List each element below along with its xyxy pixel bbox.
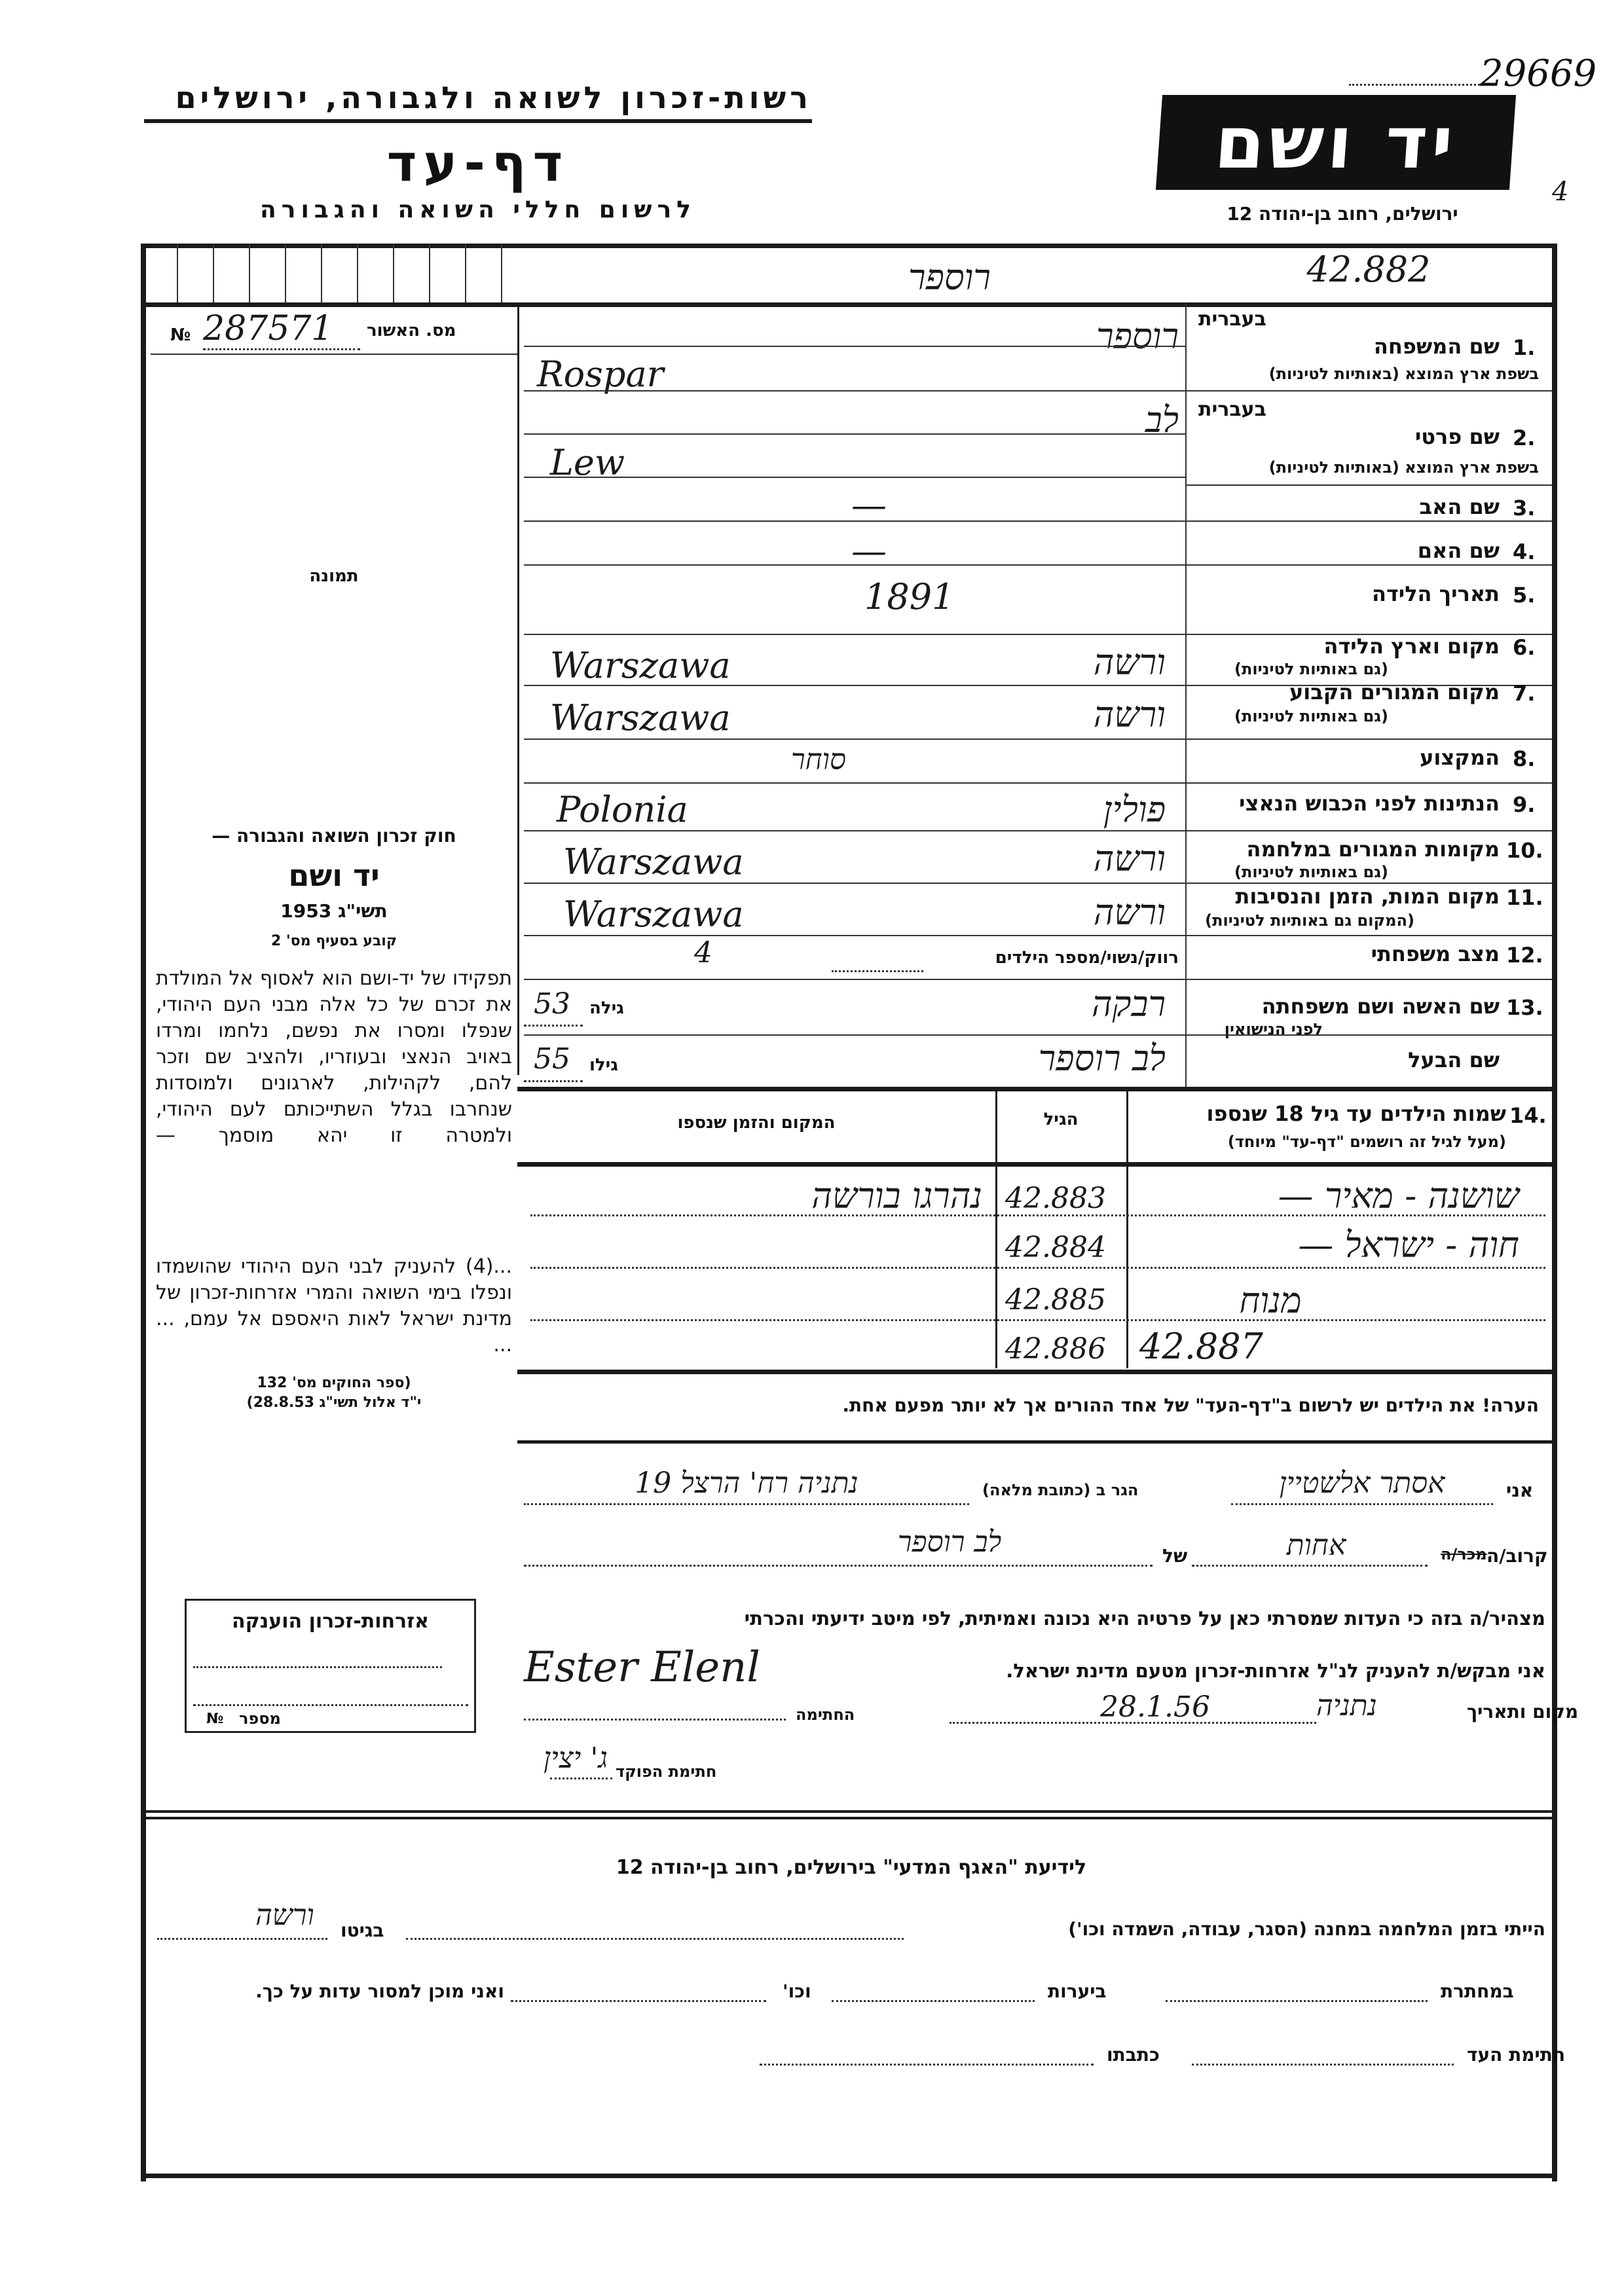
law-year: תשי"ג 1953 <box>151 900 517 922</box>
declarant-address[interactable]: נתניה רח' הרצל 19 <box>524 1467 969 1500</box>
law-citation-1: (ספר החוקים מס' 132 <box>151 1375 517 1391</box>
field-12-options: רווק/נשוי/מספר הילדים <box>930 948 1179 968</box>
field-9-number: 9. <box>1513 792 1535 817</box>
row-divider <box>524 433 1185 435</box>
witness-signature-label: חתימת העד <box>1467 2044 1565 2066</box>
row-divider <box>524 782 1552 784</box>
field-5-label: תאריך הלידה <box>1218 581 1500 606</box>
child-1-name[interactable]: שושנה - מאיר — <box>1139 1175 1519 1216</box>
field-11-sub: (המקום גם באותיות לטיניות) <box>1192 911 1414 930</box>
forests-underline <box>832 2000 1035 2002</box>
field-6-number: 6. <box>1513 635 1535 660</box>
witness-signature-underline <box>1192 2064 1454 2066</box>
field-1-hebrew-sub: בעברית <box>1198 308 1266 331</box>
child-4-age[interactable]: 42.886 <box>1005 1332 1106 1366</box>
ghetto-underline <box>157 1938 327 1940</box>
relative-label: קרוב/ה <box>1486 1545 1548 1567</box>
field-9-hebrew-value[interactable]: פולין <box>917 789 1166 830</box>
field-2-number: 2. <box>1513 426 1535 450</box>
declarant-address-underline <box>524 1503 969 1505</box>
children-col-divider <box>995 1087 997 1368</box>
research-divider <box>141 1817 1557 1819</box>
field-8-number: 8. <box>1513 746 1535 771</box>
wife-age-value[interactable]: 53 <box>534 987 570 1021</box>
etc-underline <box>511 2000 766 2002</box>
field-1-latin-value[interactable]: Rospar <box>537 354 663 395</box>
row-divider <box>1185 390 1552 392</box>
field-13-number: 13. <box>1506 995 1543 1020</box>
law-paragraph-1: תפקידו של יד-ושם הוא לאסוף אל המולדת את … <box>156 966 512 1149</box>
child-2-name[interactable]: חוה - ישראל — <box>1139 1224 1519 1266</box>
field-3-value[interactable]: — <box>851 484 887 526</box>
archive-number: 29669 <box>1480 52 1596 95</box>
grid-line <box>501 244 502 302</box>
field-8-label: המקצוע <box>1218 745 1500 770</box>
row-divider <box>1185 484 1552 486</box>
grid-line <box>465 244 466 302</box>
field-10-latin-value[interactable]: Warszawa <box>563 841 744 883</box>
field-11-label: מקום המות, הזמן והנסיבות <box>1198 884 1500 909</box>
field-8-value[interactable]: סוחר <box>655 743 982 776</box>
husband-age-value[interactable]: 55 <box>534 1042 570 1076</box>
forests-label: ביערות <box>1048 1980 1107 2002</box>
grid-line <box>285 244 286 302</box>
children-number: 14. <box>1509 1103 1547 1128</box>
children-title: שמות הילדים עד גיל 18 שנספו <box>1133 1101 1506 1126</box>
official-signature-label: חתימת הפוקד <box>616 1762 716 1781</box>
field-7-number: 7. <box>1513 681 1535 706</box>
witness-address-label: כתבתו <box>1107 2044 1160 2066</box>
underground-underline <box>1166 2000 1428 2002</box>
field-10-sub: (גם באותיות לטיניות) <box>1192 863 1388 881</box>
field-11-latin-value[interactable]: Warszawa <box>563 894 744 935</box>
field-4-label: שם האם <box>1218 538 1500 563</box>
yad-vashem-logo: יד ושם <box>1156 95 1516 190</box>
etc-label: וכו' <box>783 1980 811 2002</box>
field-6-latin-value[interactable]: Warszawa <box>550 645 731 686</box>
top-hebrew-name: רוספר <box>819 257 1080 298</box>
declaration-prefix: אני <box>1506 1480 1533 1501</box>
children-header-divider <box>517 1162 1557 1167</box>
corner-mark: 4 <box>1552 177 1568 207</box>
field-12-underline <box>832 970 923 972</box>
citizenship-line <box>193 1704 468 1706</box>
field-7-hebrew-value[interactable]: ורשה <box>917 694 1166 735</box>
wife-age-label: גילה <box>589 998 624 1018</box>
field-5-number: 5. <box>1513 583 1535 608</box>
frame-left <box>141 244 146 2181</box>
address: ירושלים, רחוב בן-יהודה 12 <box>1166 203 1519 225</box>
receipt-number-symbol: № <box>170 325 191 345</box>
children-note: הערה! את הילדים יש לרשום ב"דף-העד" של אח… <box>530 1394 1539 1416</box>
of-label: של <box>1162 1545 1187 1567</box>
row-divider <box>524 830 1552 831</box>
official-underline <box>550 1777 612 1779</box>
field-9-label: הנתינות לפני הכבוש הנאצי <box>1211 791 1500 816</box>
ghetto-label: בגיטו <box>341 1920 384 1941</box>
declarant-signature[interactable]: Ester Elenl <box>524 1643 760 1692</box>
child-3-age[interactable]: 42.885 <box>1005 1283 1106 1317</box>
field-1-hebrew-value[interactable]: רוספר <box>917 316 1179 357</box>
row-divider <box>524 346 1185 347</box>
children-col-divider <box>1126 1087 1128 1368</box>
underground-label: במחתרת <box>1441 1980 1514 2002</box>
field-1-latin-sub: בשפת ארץ המוצא (באותיות לטיניות) <box>1192 365 1539 383</box>
of-value[interactable]: לב רוספר <box>753 1525 1146 1559</box>
org-name: רשות-זכרון לשואה ולגבורה, ירושלים <box>144 80 812 115</box>
field-7-sub: (גם באותיות לטיניות) <box>1192 707 1388 725</box>
row-divider <box>141 302 1557 307</box>
camp-underline <box>406 1938 904 1940</box>
field-1-label: שם המשפחה <box>1218 334 1500 359</box>
declaration-statement-2: אני מבקש/ת להעניק לנ"ל אזרחות-זכרון מטעם… <box>819 1660 1545 1682</box>
field-2-label: שם פרטי <box>1218 424 1500 449</box>
declarant-name[interactable]: אסתר אלשטיין <box>1231 1467 1493 1500</box>
husband-age-underline <box>524 1080 583 1082</box>
row-divider <box>524 390 1185 392</box>
relation-underline <box>1192 1565 1428 1567</box>
top-record-number: 42.882 <box>1231 249 1506 290</box>
row-divider <box>524 564 1552 566</box>
field-12-number: 12. <box>1506 943 1543 968</box>
field-6-sub: (גם באותיות לטיניות) <box>1192 660 1388 678</box>
child-2-age[interactable]: 42.884 <box>1005 1231 1106 1264</box>
field-7-latin-value[interactable]: Warszawa <box>550 697 731 738</box>
wife-age-underline <box>524 1025 583 1027</box>
row-divider <box>524 935 1552 936</box>
field-13-label: שם האשה ושם משפחתה <box>1198 994 1500 1019</box>
citizenship-number-label: מספר <box>239 1709 281 1728</box>
form-title: דף-עד <box>144 134 812 193</box>
signature-label: החתימה <box>796 1705 855 1724</box>
child-4-name[interactable]: 42.887 <box>1139 1326 1263 1367</box>
child-row-divider <box>530 1214 1545 1216</box>
citizenship-title: אזרחות-זכרון הוענקה <box>187 1610 474 1633</box>
note-divider <box>517 1440 1557 1444</box>
of-underline <box>524 1565 1153 1567</box>
left-column-divider <box>517 302 519 1075</box>
grid-line <box>357 244 358 302</box>
children-col-place: המקום והזמן שנספו <box>524 1113 989 1133</box>
husband-name-value[interactable]: לב רוספר <box>851 1038 1166 1079</box>
field-1-number: 1. <box>1513 335 1535 360</box>
field-3-label: שם האב <box>1218 494 1500 519</box>
declarant-name-underline <box>1231 1503 1493 1505</box>
receipt-label: מס. האשור <box>367 321 456 340</box>
signature-underline <box>524 1719 786 1721</box>
field-2-hebrew-sub: בעברית <box>1198 398 1266 421</box>
children-col-age: הגיל <box>1002 1110 1120 1129</box>
field-10-hebrew-value[interactable]: ורשה <box>917 838 1166 879</box>
row-divider <box>517 1087 1557 1091</box>
header-divider <box>144 119 812 123</box>
official-signature[interactable]: ג' יצין <box>544 1741 608 1775</box>
field-10-label: מקומות המגורים במלחמה <box>1205 837 1500 862</box>
field-5-value[interactable]: 1891 <box>864 576 954 617</box>
form-subtitle: לרשום חללי השואה והגבורה <box>144 196 812 223</box>
photo-label: תמונה <box>151 566 517 586</box>
place-date-underline <box>950 1722 1316 1724</box>
camp-label: הייתי בזמן המלחמה במחנה (הסגר, עבודה, הש… <box>917 1918 1545 1940</box>
row-divider <box>524 1034 1552 1036</box>
citizenship-number-symbol: № <box>206 1711 223 1727</box>
child-1-age[interactable]: 42.883 <box>1005 1182 1106 1215</box>
research-divider <box>141 1810 1557 1813</box>
logo-text: יד ושם <box>1212 101 1460 185</box>
label-column-divider <box>1185 302 1187 1088</box>
wife-name-value[interactable]: רבקה <box>917 983 1166 1025</box>
field-12-label: מצב משפחתי <box>1218 941 1500 966</box>
field-12-value[interactable]: 4 <box>694 936 712 970</box>
husband-age-label: גילו <box>589 1055 618 1075</box>
grid-line <box>321 244 322 302</box>
child-3-name[interactable]: מנוח <box>1139 1280 1401 1321</box>
law-name: יד ושם <box>151 858 517 893</box>
law-heading: חוק זכרון השואה והגבורה — <box>151 825 517 847</box>
child-row-divider <box>530 1319 1545 1321</box>
frame-right <box>1552 244 1557 2181</box>
receipt-number-underline <box>203 348 360 350</box>
place-value[interactable]: נתניה <box>1316 1689 1377 1722</box>
field-4-number: 4. <box>1513 539 1535 564</box>
field-2-latin-sub: בשפת ארץ המוצא (באותיות לטיניות) <box>1192 458 1539 477</box>
citizenship-line <box>193 1666 442 1668</box>
receipt-number: 287571 <box>203 309 333 348</box>
relation-value[interactable]: אחות <box>1218 1529 1414 1562</box>
ghetto-value[interactable]: ורשה <box>255 1899 314 1932</box>
research-heading: לידיעת "האגף המדעי" בירושלים, רחוב בן-יה… <box>393 1856 1310 1879</box>
frame-bottom <box>141 2174 1557 2178</box>
field-11-number: 11. <box>1506 885 1543 910</box>
law-clause: קובע בסעיף מס' 2 <box>151 933 517 949</box>
grid-line <box>393 244 394 302</box>
resides-label: הגר ב (כתובת מלאה) <box>982 1481 1138 1499</box>
row-divider <box>524 979 1552 980</box>
ready-label: ואני מוכן למסור עדות על כך. <box>151 1980 504 2002</box>
date-value[interactable]: 28.1.56 <box>1100 1690 1210 1724</box>
child-1-place[interactable]: נהרגו בורשה <box>589 1175 982 1216</box>
law-citation-2: י"ד אלול תשי"ג 28.8.53) <box>151 1394 517 1411</box>
field-3-number: 3. <box>1513 496 1535 520</box>
grid-line <box>213 244 214 302</box>
citizenship-box: אזרחות-זכרון הוענקה № מספר <box>185 1599 476 1733</box>
row-divider <box>524 520 1552 522</box>
children-subtitle: (מעל לגיל זה רושמים "דף-עד" מיוחד) <box>1133 1133 1506 1151</box>
grid-line <box>177 244 178 302</box>
law-paragraph-2: ...(4) להעניק לבני העם היהודי שהושמדו ונ… <box>156 1254 512 1358</box>
place-date-label: מקום ותאריך <box>1467 1701 1578 1722</box>
relative-struck-option: מכר/ה <box>1441 1545 1487 1563</box>
husband-label: שם הבעל <box>1218 1048 1500 1072</box>
row-divider <box>524 477 1185 478</box>
field-6-hebrew-value[interactable]: ורשה <box>917 642 1166 683</box>
field-9-latin-value[interactable]: Polonia <box>557 789 688 830</box>
grid-line <box>249 244 250 302</box>
frame-top <box>141 244 1557 248</box>
children-bottom-divider <box>517 1370 1557 1374</box>
declaration-statement-1: מצהיר/ה בזה כי העדות שמסרתי כאן על פרטיה… <box>524 1607 1545 1630</box>
witness-address-underline <box>760 2064 1094 2066</box>
child-row-divider <box>530 1267 1545 1269</box>
archive-number-leader <box>1349 84 1480 86</box>
field-10-number: 10. <box>1506 838 1543 863</box>
receipt-divider <box>151 354 517 355</box>
row-divider <box>524 738 1552 740</box>
field-7-label: מקום המגורים הקבוע <box>1218 680 1500 704</box>
grid-line <box>429 244 430 302</box>
field-6-label: מקום וארץ הלידה <box>1218 634 1500 659</box>
field-11-hebrew-value[interactable]: ורשה <box>917 892 1166 933</box>
